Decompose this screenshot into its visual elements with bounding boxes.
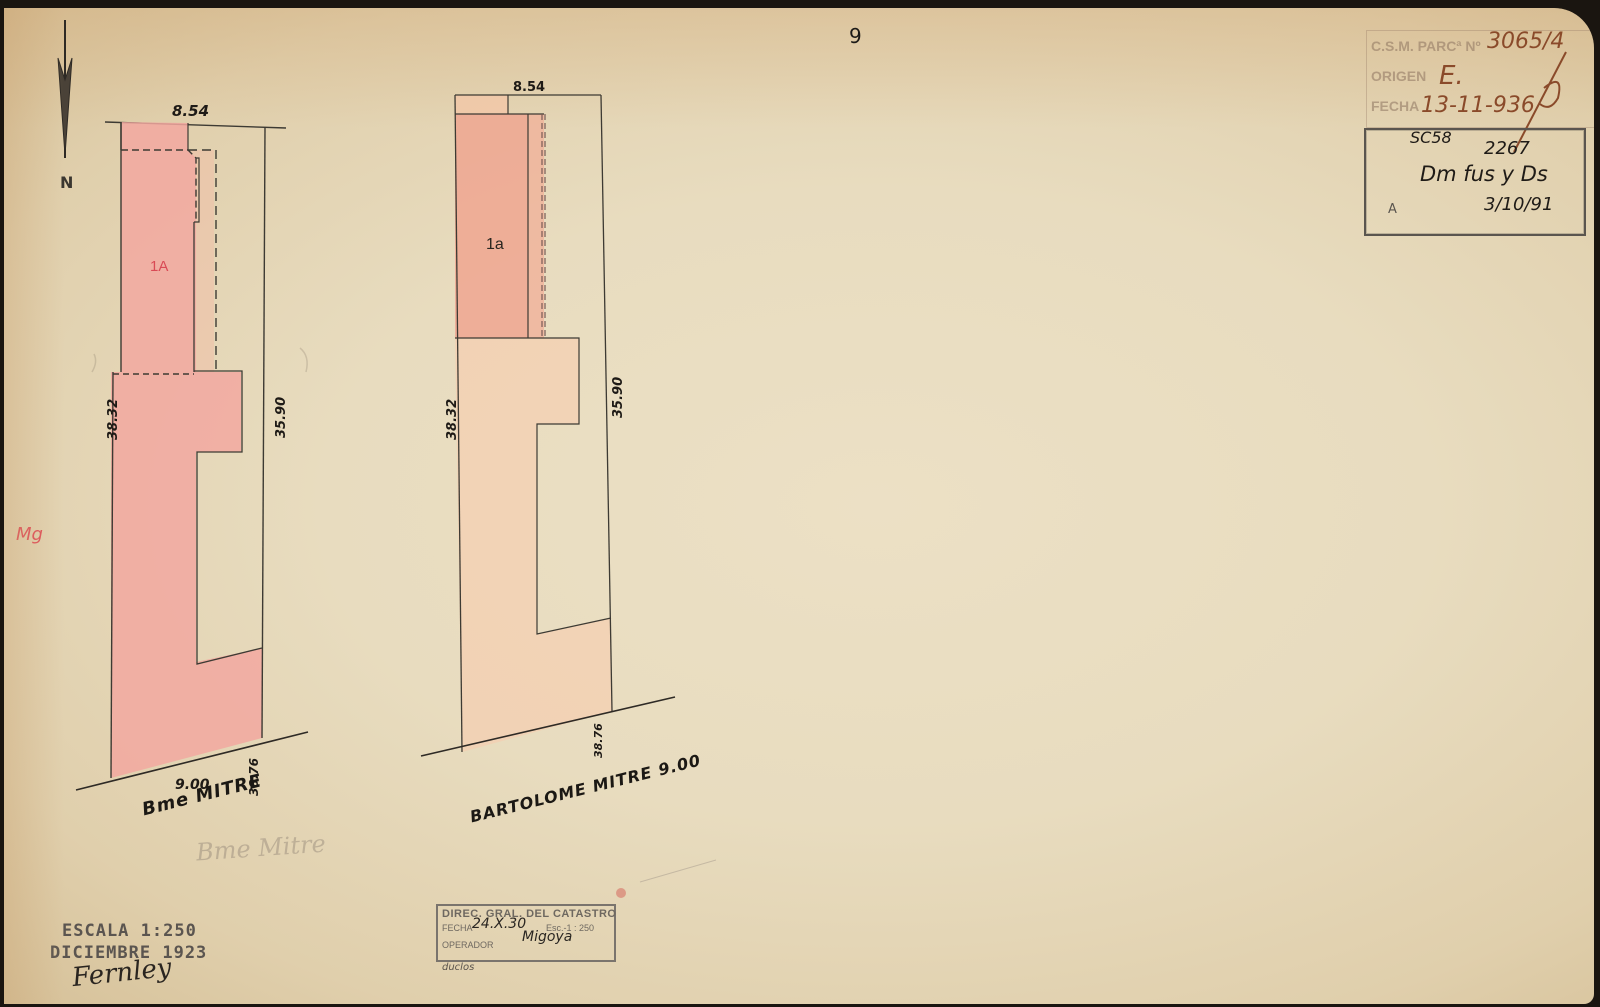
right-unit-label: 1a	[486, 236, 504, 254]
sc-note: Dm fus y Ds	[1420, 162, 1548, 186]
cadastral-sheet: 9 N Mg 8.54 1A 38.32 35.90 9.00 38.76 Bm…	[4, 8, 1594, 1004]
operador-label: OPERADOR	[442, 940, 494, 950]
north-label: N	[60, 173, 73, 192]
origen-label: ORIGEN	[1371, 68, 1426, 84]
left-unit-label: 1A	[150, 258, 168, 275]
left-top-width: 8.54	[172, 102, 209, 120]
right-depth-right: 35.90	[611, 377, 626, 418]
sc-code: SC58	[1410, 128, 1452, 147]
parcel-label: C.S.M. PARCª Nº	[1371, 38, 1481, 54]
scale-text: ESCALA 1:250	[50, 920, 207, 942]
left-depth-right: 35.90	[274, 397, 289, 438]
operador-value: Migoya	[522, 929, 572, 946]
catastro-stamp: DIREC. GRAL. DEL CATASTRO FECHA 24.X.30 …	[436, 904, 616, 962]
below-stamp-note: duclos	[442, 962, 474, 973]
page-number: 9	[849, 24, 862, 48]
catastro-operador-row: OPERADOR Migoya	[442, 937, 610, 954]
sc-stamp: SC58 2267 Dm fus y Ds A 3/10/91	[1364, 128, 1586, 236]
sc-number: 2267	[1484, 138, 1530, 159]
margin-note: Mg	[16, 524, 43, 545]
parcel-fecha-label: FECHA	[1371, 98, 1419, 114]
left-depth-left: 38.32	[106, 399, 121, 440]
origen-value: E.	[1439, 61, 1464, 91]
fecha-value: 24.X.30	[472, 916, 526, 933]
north-arrow-icon	[58, 20, 72, 158]
sc-date: 3/10/91	[1484, 194, 1553, 215]
sc-letter: A	[1388, 202, 1397, 217]
fecha-label: FECHA	[442, 923, 473, 933]
plan-left	[76, 122, 308, 790]
right-depth-left: 38.32	[445, 399, 460, 440]
right-front-angle: 38.76	[592, 723, 605, 758]
right-top-width: 8.54	[513, 80, 545, 95]
